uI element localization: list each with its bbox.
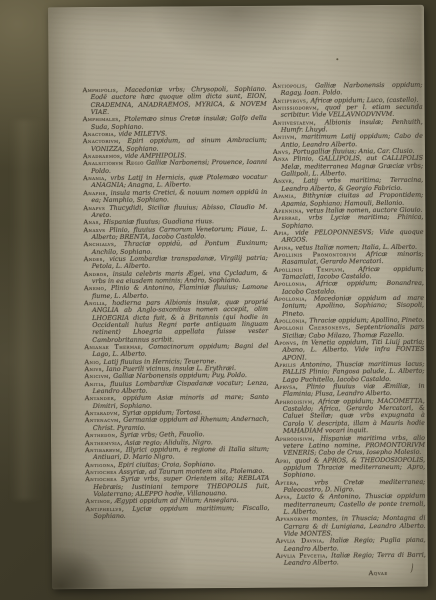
ink-speck (336, 58, 338, 60)
entry: Aponvs, in Venetia oppidum, Titi Liuij p… (274, 339, 424, 362)
entry: Aphrodisivm, Hispaniæ maritima vrbs, ali… (275, 434, 425, 457)
entry-body: Plinio, GALLIPOLIS, aut CALLIPOLIS Melæ,… (281, 154, 423, 178)
right-column: Antiopolis, Galliæ Narbonensis oppidum; … (273, 82, 426, 578)
entry: Aphrodisivm, Africæ oppidum; MACOMETTA, … (275, 397, 425, 435)
entry-body: quod & APROS, & THEODOSIOPOLIS, oppidum … (283, 455, 425, 479)
photo-of-book-page: Amphipolis, Macedoniæ vrbs; Chrysopoli, … (0, 0, 436, 600)
entry-body: Thucydidi, Siciliæ fluuius; Abisso, Clau… (91, 202, 267, 219)
entry: Apva, Lucio & Antonino, Thusciæ oppidum … (275, 493, 425, 516)
entry: Anxa Plinio, GALLIPOLIS, aut CALLIPOLIS … (273, 155, 423, 178)
entry: Aprilis Antonino, Thusciæ maritimus lacu… (274, 361, 424, 384)
entry-body: hodierna pars Albionis insulæ, quæ propr… (92, 298, 268, 344)
entry: Apollonia, Macedoniæ oppidum ad mare Ion… (274, 295, 424, 318)
book-edge-highlight (10, 120, 44, 500)
page-corner-shadow (52, 519, 142, 590)
left-column: Amphipolis, Macedoniæ vrbs; Chrysopoli, … (83, 86, 270, 521)
entry: Amphimales, Ptolemæo sinus Cretæ insulæ;… (83, 115, 267, 131)
entry-body: Lucio & Antonino, Thusciæ oppidum medite… (283, 492, 425, 516)
entry-body: Antonino, Thusciæ maritimus lacus; PALLI… (282, 360, 424, 384)
catchword: Aqvae (276, 569, 426, 577)
book-page: Amphipolis, Macedoniæ vrbs; Chrysopoli, … (48, 5, 428, 590)
entry-body: oppidum Asiæ minoris ad mare; Santo Dimi… (93, 393, 269, 410)
entry: Apvlia Pevcetia, Italiæ Regio; Terra di … (276, 552, 426, 568)
entry: Anglia, hodierna pars Albionis insulæ, q… (84, 299, 268, 344)
entry: Antiochea Syriæ vrbs, super Orientem sit… (85, 475, 269, 498)
entry: Amphipolis, Macedoniæ vrbs; Chrysopoli, … (83, 86, 267, 117)
entry-body: Syriæ vrbs, super Orientem sita; REBLATA… (93, 474, 269, 498)
entry: Apri, quod & APROS, & THEODOSIOPOLIS, op… (275, 456, 425, 479)
entry: Apvanorvm montes, in Thuscia; Montagna d… (276, 515, 426, 538)
entry-body: in Venetia oppidum, Titi Liuij patria; A… (282, 338, 424, 362)
